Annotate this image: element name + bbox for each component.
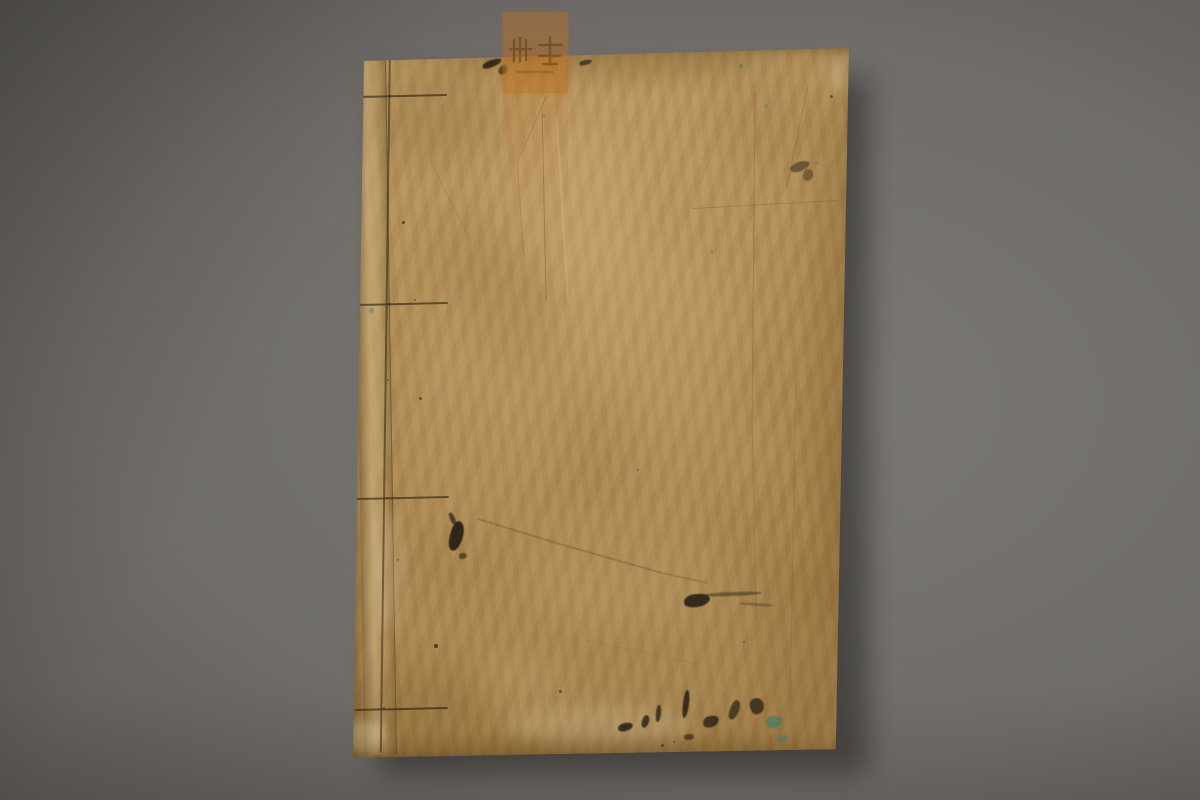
ink-mark bbox=[739, 601, 775, 607]
ink-mark bbox=[682, 690, 691, 718]
ink-mark bbox=[459, 553, 467, 559]
watermark-tag bbox=[503, 12, 568, 93]
paper-speck bbox=[388, 303, 391, 306]
paper-speck bbox=[419, 397, 422, 400]
paper-speck bbox=[402, 221, 405, 224]
paper-speck bbox=[830, 95, 833, 98]
paper-speck bbox=[397, 559, 400, 562]
paper-speck bbox=[637, 469, 639, 471]
paper-speck bbox=[383, 707, 386, 710]
ink-mark bbox=[776, 734, 789, 743]
paper-speck bbox=[743, 641, 746, 644]
ink-mark bbox=[578, 58, 592, 66]
paper-speck bbox=[815, 161, 819, 165]
paper-speck bbox=[559, 690, 562, 693]
ink-mark bbox=[617, 722, 633, 733]
ink-mark bbox=[640, 714, 650, 728]
ink-mark bbox=[802, 168, 814, 182]
ink-mark-layer bbox=[350, 44, 856, 762]
ink-mark bbox=[684, 734, 694, 740]
paper-speck bbox=[369, 308, 374, 313]
ink-mark bbox=[447, 520, 466, 552]
ink-mark bbox=[447, 511, 457, 525]
ink-mark bbox=[702, 714, 720, 729]
photo-backdrop bbox=[0, 0, 1200, 800]
ink-mark bbox=[704, 591, 762, 597]
paper-speck bbox=[711, 251, 713, 253]
ink-mark bbox=[655, 704, 661, 721]
paper-speck bbox=[661, 744, 664, 747]
paper-speck bbox=[414, 299, 416, 301]
ink-mark bbox=[765, 715, 782, 729]
ink-mark bbox=[748, 696, 767, 716]
paper-speck bbox=[764, 104, 768, 108]
watermark-faint-column bbox=[503, 92, 568, 270]
paper-speck bbox=[673, 741, 676, 744]
watermark-glyphs-icon bbox=[503, 12, 568, 93]
ink-mark bbox=[727, 699, 742, 721]
book-cover bbox=[350, 44, 856, 762]
paper-speck bbox=[387, 379, 390, 382]
paper-speck bbox=[386, 497, 389, 500]
paper-speck bbox=[389, 95, 392, 98]
paper-speck bbox=[739, 64, 743, 68]
paper-speck bbox=[434, 644, 438, 648]
